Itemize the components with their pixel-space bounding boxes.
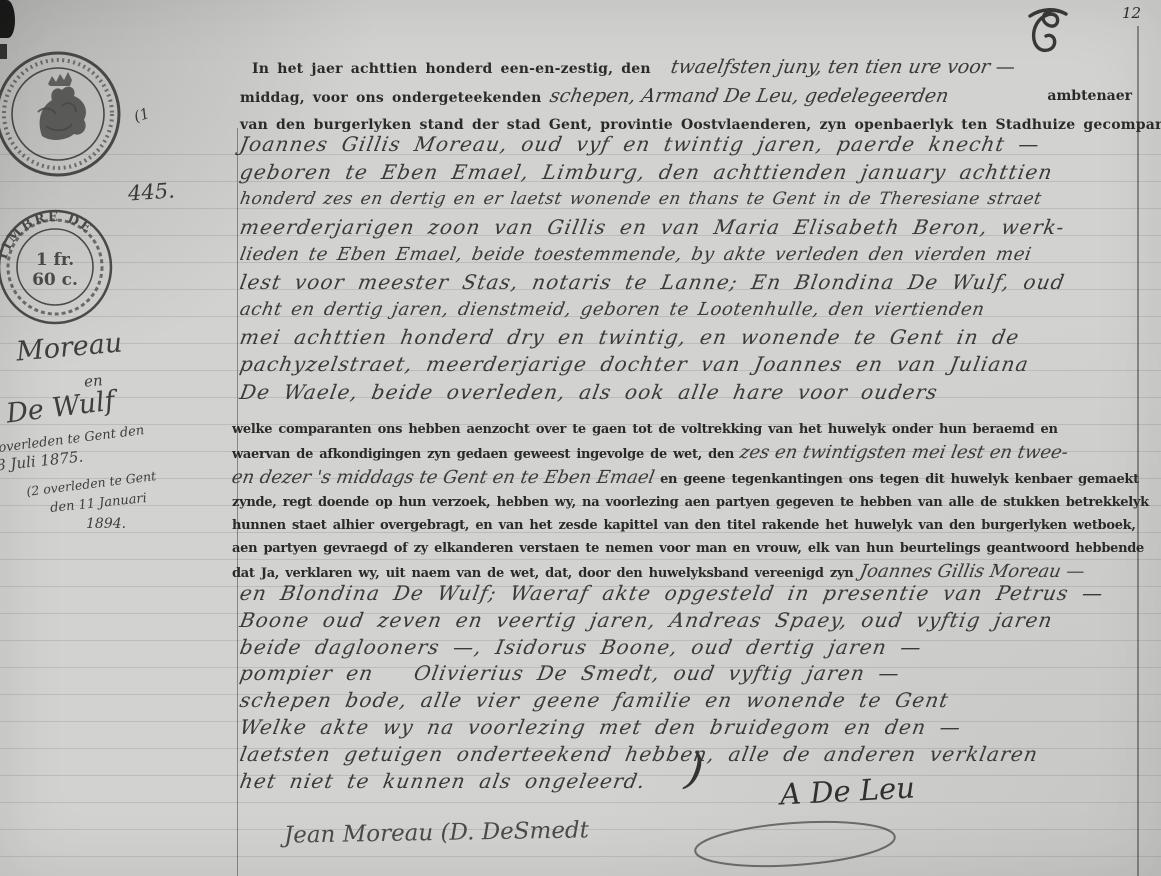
- margin-note-groom-name: Moreau: [15, 327, 124, 367]
- handwritten-text: beide daglooners —, Isidorus Boone, oud …: [238, 634, 924, 661]
- fiscal-stamp-value-bottom: 60 c.: [32, 270, 78, 290]
- margin-note-death-2-date: den 11 Januari: [49, 491, 147, 516]
- scan-artifact: [0, 0, 15, 38]
- text-line: beide daglooners —, Isidorus Boone, oud …: [240, 634, 1137, 661]
- handwritten-text: honderd zes en dertig en er laetst wonen…: [238, 186, 1044, 214]
- handwritten-text: en dezer 's middags te Gent en te Eben E…: [230, 466, 662, 489]
- printed-text: In het jaer achttien honderd een-en-zest…: [252, 61, 659, 77]
- margin-annotation: (1: [132, 104, 152, 126]
- text-line: honderd zes en dertig en er laetst wonen…: [240, 186, 1137, 214]
- text-line: In het jaer achttien honderd een-en-zest…: [240, 54, 1132, 83]
- register-page: TIMBRE DE 1 fr. 60 c. 12 445. (1 Moreau …: [0, 0, 1161, 876]
- handwritten-text: lest voor meester Stas, notaris te Lanne…: [238, 269, 1068, 297]
- handwritten-text: twaelfsten juny, ten tien ure voor —: [656, 54, 1017, 81]
- margin-note-bride-name: De Wulf: [5, 385, 117, 429]
- signature-flourish-oval: [688, 811, 901, 876]
- handwritten-text: laetsten getuigen onderteekend hebben, a…: [238, 741, 1041, 768]
- text-line: schepen bode, alle vier geene familie en…: [240, 687, 1137, 714]
- right-edge-rule: [1137, 26, 1139, 876]
- parties-signature: Jean Moreau (D. DeSmedt: [284, 817, 589, 848]
- opening-paragraph: In het jaer achttien honderd een-en-zest…: [240, 54, 1132, 139]
- text-line: hunnen staet alhier overgebragt, en van …: [232, 514, 1134, 537]
- text-line: aen partyen gevraegd of zy elkanderen ve…: [232, 537, 1134, 560]
- crown-glyph: [48, 72, 72, 86]
- printed-text: middag, voor ons ondergeteekenden: [240, 90, 550, 106]
- handwritten-text: pachyzelstraet, meerderjarige dochter va…: [238, 351, 1032, 379]
- handwritten-text: pompier en Olivierius De Smedt, oud vyft…: [238, 660, 903, 687]
- printed-text: ambtenaer: [1047, 83, 1132, 110]
- act-number: 445.: [127, 178, 175, 205]
- handwritten-text: De Waele, beide overleden, als ook alle …: [238, 379, 941, 407]
- groom-bride-paragraph: Joannes Gillis Moreau, oud vyf en twinti…: [240, 131, 1137, 406]
- handwritten-text: lieden te Eben Emael, beide toestemmende…: [238, 241, 1034, 269]
- fiscal-stamp: TIMBRE DE 1 fr. 60 c.: [0, 205, 117, 329]
- text-line: Boone oud zeven en veertig jaren, Andrea…: [240, 607, 1137, 634]
- coat-of-arms-seal-stamp: [0, 48, 128, 184]
- text-line: Welke akte wy na voorlezing met den brui…: [240, 714, 1137, 741]
- text-line: Joannes Gillis Moreau, oud vyf en twinti…: [240, 131, 1137, 159]
- text-line: lieden te Eben Emael, beide toestemmende…: [240, 241, 1137, 269]
- marriage-formula-paragraph: welke comparanten ons hebben aenzocht ov…: [232, 418, 1134, 585]
- text-line: waervan de afkondigingen zyn gedaen gewe…: [232, 441, 1134, 466]
- text-line: welke comparanten ons hebben aenzocht ov…: [232, 418, 1134, 441]
- text-line: en Blondina De Wulf; Waeraf akte opgeste…: [240, 580, 1137, 607]
- text-line: meerderjarigen zoon van Gillis en van Ma…: [240, 214, 1137, 242]
- printed-text: hunnen staet alhier overgebragt, en van …: [232, 518, 1136, 533]
- heraldic-lion: [40, 87, 86, 140]
- printed-text: waervan de afkondigingen zyn gedaen gewe…: [232, 447, 740, 462]
- handwritten-text: acht en dertig jaren, dienstmeid, gebore…: [238, 296, 987, 324]
- handwritten-text: en Blondina De Wulf; Waeraf akte opgeste…: [238, 580, 1106, 607]
- printed-text: en geene tegenkantingen ons tegen dit hu…: [660, 472, 1139, 487]
- handwritten-text: schepen bode, alle vier geene familie en…: [238, 687, 952, 714]
- text-line: geboren te Eben Emael, Limburg, den acht…: [240, 159, 1137, 187]
- handwritten-text: Joannes Gillis Moreau, oud vyf en twinti…: [238, 131, 1043, 159]
- handwritten-text: meerderjarigen zoon van Gillis en van Ma…: [238, 214, 1067, 242]
- printed-text: dat Ja, verklaren wy, uit naem van de we…: [232, 566, 860, 581]
- margin-note-death-2-year: 1894.: [86, 516, 126, 532]
- printed-text: aen partyen gevraegd of zy elkanderen ve…: [232, 541, 1144, 556]
- text-line: zynde, regt doende op hun verzoek, hebbe…: [232, 491, 1134, 514]
- text-line: middag, voor ons ondergeteekenden schepe…: [240, 83, 1132, 112]
- handwritten-text: geboren te Eben Emael, Limburg, den acht…: [238, 159, 1055, 187]
- text-line: acht en dertig jaren, dienstmeid, gebore…: [240, 296, 1137, 324]
- text-line: pachyzelstraet, meerderjarige dochter va…: [240, 351, 1137, 379]
- text-line: mei achttien honderd dry en twintig, en …: [240, 324, 1137, 352]
- text-line: pompier en Olivierius De Smedt, oud vyft…: [240, 660, 1137, 687]
- text-line: De Waele, beide overleden, als ook alle …: [240, 379, 1137, 407]
- handwritten-text: mei achttien honderd dry en twintig, en …: [238, 324, 1022, 352]
- handwritten-text: Boone oud zeven en veertig jaren, Andrea…: [238, 607, 1055, 634]
- handwritten-text: schepen, Armand De Leu, gedelegeerden: [547, 83, 950, 110]
- handwritten-text: het niet te kunnen als ongeleerd.: [238, 768, 648, 795]
- text-line: en dezer 's middags te Gent en te Eben E…: [232, 466, 1134, 491]
- text-line: lest voor meester Stas, notaris te Lanne…: [240, 269, 1137, 297]
- handwritten-text: Welke akte wy na voorlezing met den brui…: [238, 714, 964, 741]
- page-number: 12: [1122, 4, 1141, 22]
- handwritten-text: zes en twintigsten mei lest en twee-: [738, 441, 1070, 464]
- printed-text: zynde, regt doende op hun verzoek, hebbe…: [232, 495, 1149, 510]
- printed-text: welke comparanten ons hebben aenzocht ov…: [232, 422, 1058, 437]
- official-signature: A De Leu: [779, 770, 915, 811]
- fiscal-stamp-value-top: 1 fr.: [36, 250, 74, 270]
